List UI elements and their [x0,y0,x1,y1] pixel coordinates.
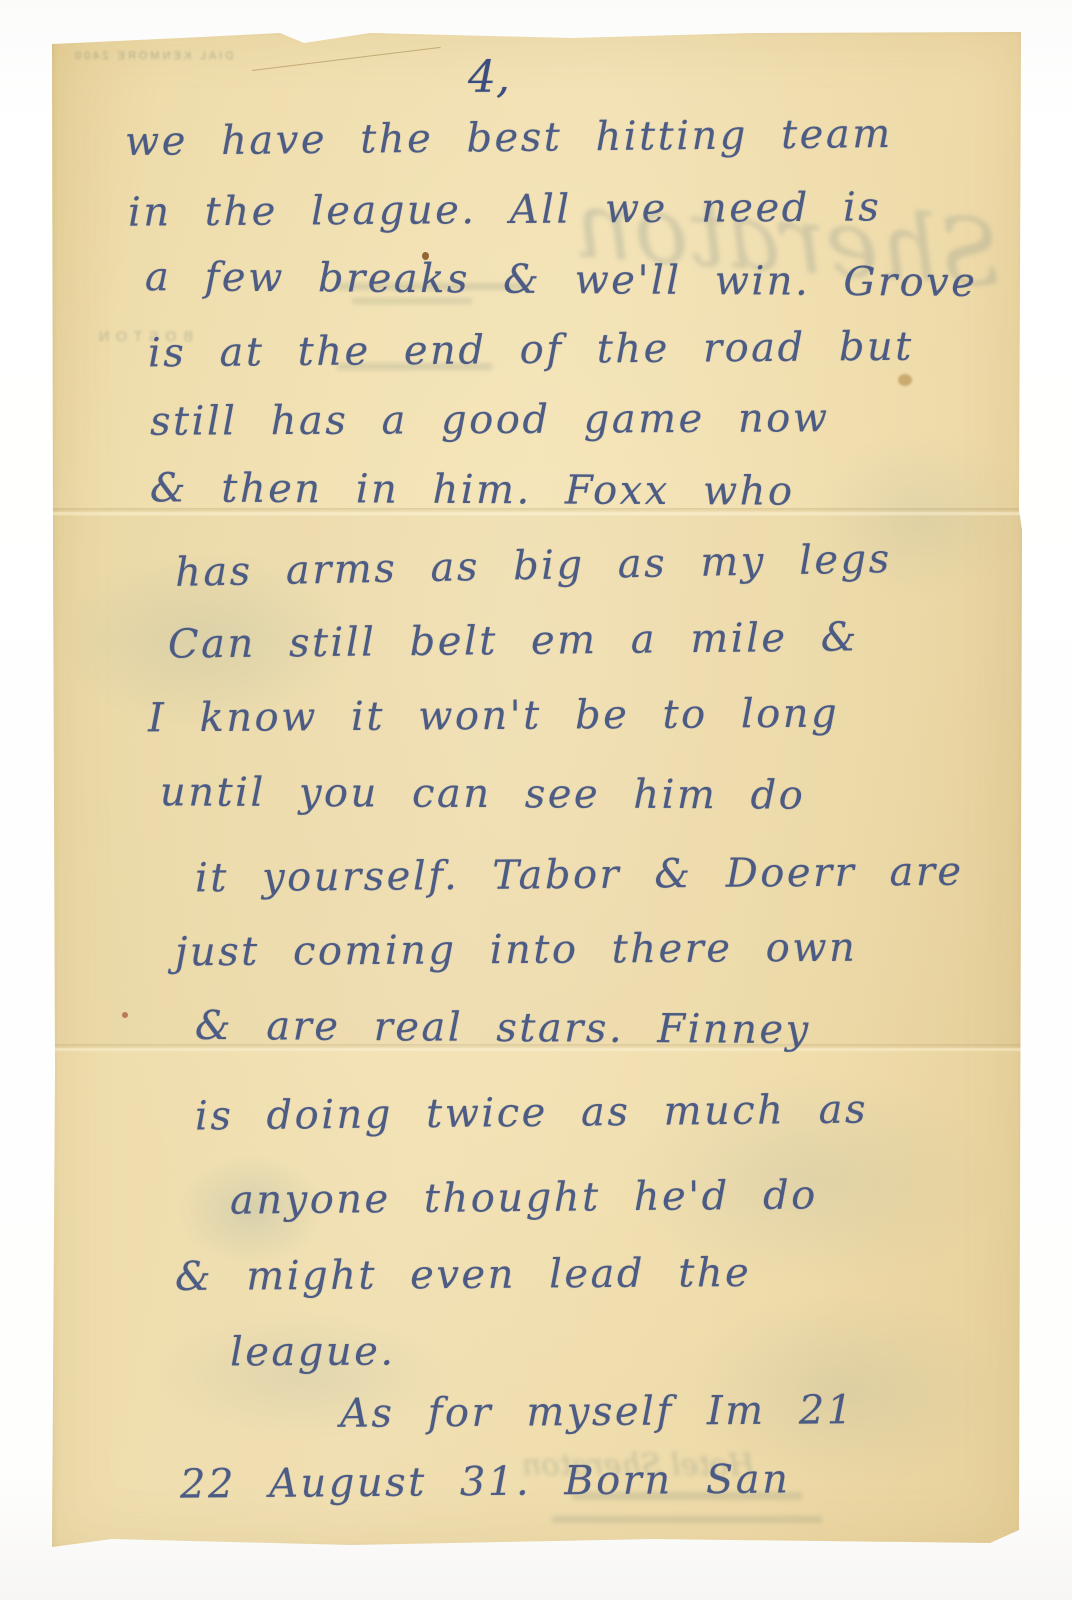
stain-spot [122,1012,128,1018]
handwritten-line: is doing twice as much as [195,1086,868,1139]
stain-spot [898,374,912,386]
handwritten-line: a few breaks & we'll win. Grove [145,254,978,306]
letter-paper: DIAL KENMORE 2400 Sheraton BOSTON Hotel … [52,30,1023,1548]
handwritten-line: Can still belt em a mile & [168,614,859,667]
handwritten-line: As for myself Im 21 [340,1387,855,1437]
handwritten-line: anyone thought he'd do [230,1172,818,1223]
handwritten-line: until you can see him do [160,769,805,818]
handwritten-line: & might even lead the [175,1250,752,1300]
scratch-line [252,47,441,71]
bleedthrough-phone-text: DIAL KENMORE 2400 [72,50,233,62]
handwritten-line: league. [230,1329,396,1376]
handwritten-line: it yourself. Tabor & Doerr are [195,849,964,902]
page-number: 4, [468,52,510,103]
handwritten-line: I know it won't be to long [148,691,839,742]
handwritten-line: in the league. All we need is [128,184,882,235]
handwritten-line: just coming into there own [175,925,858,976]
handwritten-line: & are real stars. Finney [195,1003,811,1053]
handwritten-line: 22 August 31. Born San [180,1456,791,1507]
handwritten-line: still has a good game now [150,395,830,445]
handwritten-line: has arms as big as my legs [175,536,892,596]
handwritten-line: & then in him. Foxx who [150,465,795,514]
bleedthrough-text-bar [552,1516,822,1523]
handwritten-line: is at the end of the road but [148,324,914,377]
handwritten-line: we have the best hitting team [125,111,893,165]
